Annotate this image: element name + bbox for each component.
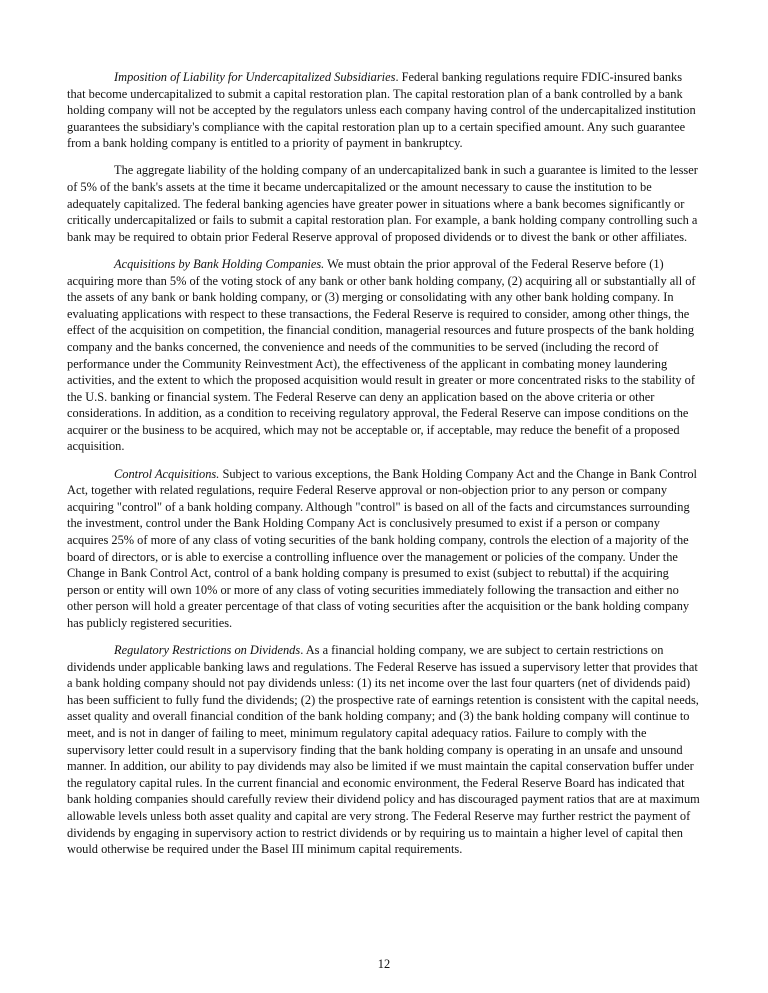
paragraph-body: The aggregate liability of the holding c… (67, 163, 698, 243)
paragraph-heading: Acquisitions by Bank Holding Companies. (114, 257, 324, 271)
paragraph-aggregate-liability: The aggregate liability of the holding c… (67, 162, 703, 245)
paragraph-body: . As a financial holding company, we are… (67, 643, 700, 856)
document-page: Imposition of Liability for Undercapital… (67, 69, 703, 868)
paragraph-body: Subject to various exceptions, the Bank … (67, 467, 697, 630)
paragraph-heading: Imposition of Liability for Undercapital… (114, 70, 395, 84)
paragraph-dividend-restrictions: Regulatory Restrictions on Dividends. As… (67, 642, 703, 858)
paragraph-heading: Control Acquisitions. (114, 467, 219, 481)
paragraph-acquisitions-by-bhc: Acquisitions by Bank Holding Companies. … (67, 256, 703, 455)
paragraph-liability-undercapitalized-subsidiaries: Imposition of Liability for Undercapital… (67, 69, 703, 152)
page-number: 12 (0, 957, 768, 972)
paragraph-control-acquisitions: Control Acquisitions. Subject to various… (67, 466, 703, 632)
paragraph-body: We must obtain the prior approval of the… (67, 257, 696, 454)
paragraph-heading: Regulatory Restrictions on Dividends (114, 643, 300, 657)
